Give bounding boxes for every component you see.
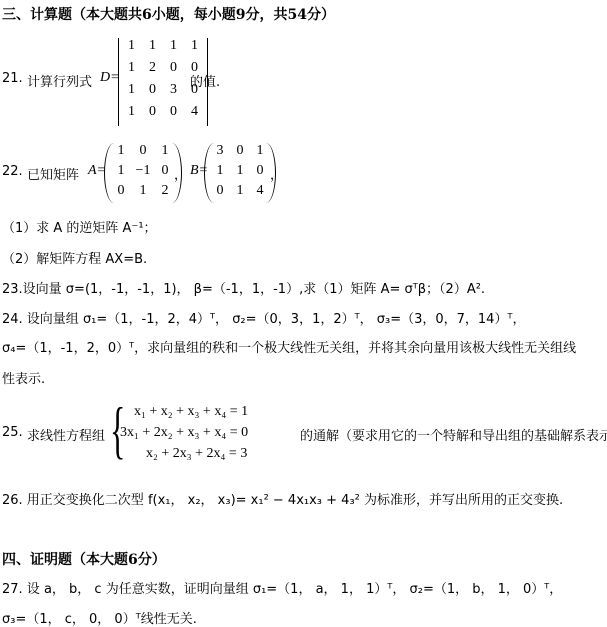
determinant-cell: 0	[163, 60, 184, 82]
matrix-b-cell: 1	[230, 163, 250, 183]
determinant-cell: 4	[184, 104, 205, 126]
matrix-a-cell: 0	[110, 183, 132, 203]
matrix-b-cell: 1	[230, 183, 250, 203]
determinant-cell: 1	[121, 60, 142, 82]
matrix-a-cell: 2	[154, 183, 176, 203]
determinant-cell: 0	[142, 104, 163, 126]
q21-suffix: 的值.	[190, 71, 220, 90]
q21-var: D=	[100, 70, 120, 86]
q23-text: 23.设向量 σ=(1，-1，-1，1)， β=（-1，1，-1）,求（1）矩阵…	[2, 278, 485, 297]
matrix-b-cell: 0	[250, 163, 270, 183]
determinant-cell: 1	[184, 38, 205, 60]
matrix-b-cell: 0	[210, 183, 230, 203]
q22-end: ，	[270, 164, 283, 183]
q22-part2: （2）解矩阵方程 AX=B.	[2, 248, 147, 267]
equation-3: x₂ + 2x₃ + 2x₄ = 3	[146, 446, 247, 462]
determinant-cell: 2	[142, 60, 163, 82]
equation-1: x₁ + x₂ + x₃ + x₄ = 1	[134, 404, 248, 420]
q24-line1: 24. 设向量组 σ₁=（1，-1，2，4）ᵀ， σ₂=（0，3，1，2）ᵀ， …	[2, 308, 525, 327]
matrix-b-cell: 1	[210, 163, 230, 183]
q25-text: 求线性方程组	[27, 425, 105, 444]
q25-suffix: 的通解（要求用它的一个特解和导出组的基础解系表示）.	[300, 425, 607, 444]
matrix-b-cell: 0	[230, 143, 250, 163]
section-4-heading: 四、证明题（本大题6分）	[2, 549, 166, 569]
determinant-cell: 0	[163, 104, 184, 126]
q26-text: 26. 用正交变换化二次型 f(x₁， x₂， x₃)= x₁² − 4x₁x₃…	[2, 489, 563, 508]
q25-number: 25.	[2, 425, 23, 440]
q27-line1: 27. 设 a， b， c 为任意实数，证明向量组 σ₁=（1， a， 1， 1…	[2, 578, 562, 597]
q21-text: 计算行列式	[27, 71, 92, 90]
section-3-heading: 三、计算题（本大题共6小题，每小题9分，共54分）	[2, 4, 335, 24]
matrix-a-cell: 0	[154, 163, 176, 183]
q24-line2: σ₄=（1，-1，2，0）ᵀ，求向量组的秩和一个极大线性无关组，并将其余向量用该…	[2, 337, 576, 356]
determinant-cell: 1	[121, 82, 142, 104]
matrix-b-cell: 4	[250, 183, 270, 203]
determinant-cell: 1	[163, 38, 184, 60]
determinant-cell: 1	[142, 38, 163, 60]
q24-line3: 性表示.	[2, 368, 45, 387]
determinant-cell: 0	[142, 82, 163, 104]
matrix-a-cell: −1	[132, 163, 154, 183]
q22-text: 已知矩阵	[27, 164, 79, 183]
equation-2: 3x₁ + 2x₂ + x₃ + x₄ = 0	[120, 425, 248, 441]
q21-number: 21.	[2, 71, 23, 86]
matrix-b-cell: 3	[210, 143, 230, 163]
q27-line2: σ₃=（1， c， 0， 0）ᵀ线性无关.	[2, 608, 197, 627]
q22-sep: ，	[174, 164, 187, 183]
determinant-cell: 3	[163, 82, 184, 104]
matrix-a-cell: 1	[110, 143, 132, 163]
q22-part1: （1）求 A 的逆矩阵 A⁻¹；	[2, 217, 157, 236]
determinant-cell: 1	[121, 38, 142, 60]
determinant-cell: 1	[121, 104, 142, 126]
matrix-a-cell: 0	[132, 143, 154, 163]
q22-number: 22.	[2, 164, 23, 179]
matrix-b: 301110014	[204, 143, 276, 203]
matrix-a-cell: 1	[110, 163, 132, 183]
matrix-b-cell: 1	[250, 143, 270, 163]
matrix-a-cell: 1	[154, 143, 176, 163]
matrix-a: 1011−10012	[104, 143, 182, 203]
matrix-a-cell: 1	[132, 183, 154, 203]
